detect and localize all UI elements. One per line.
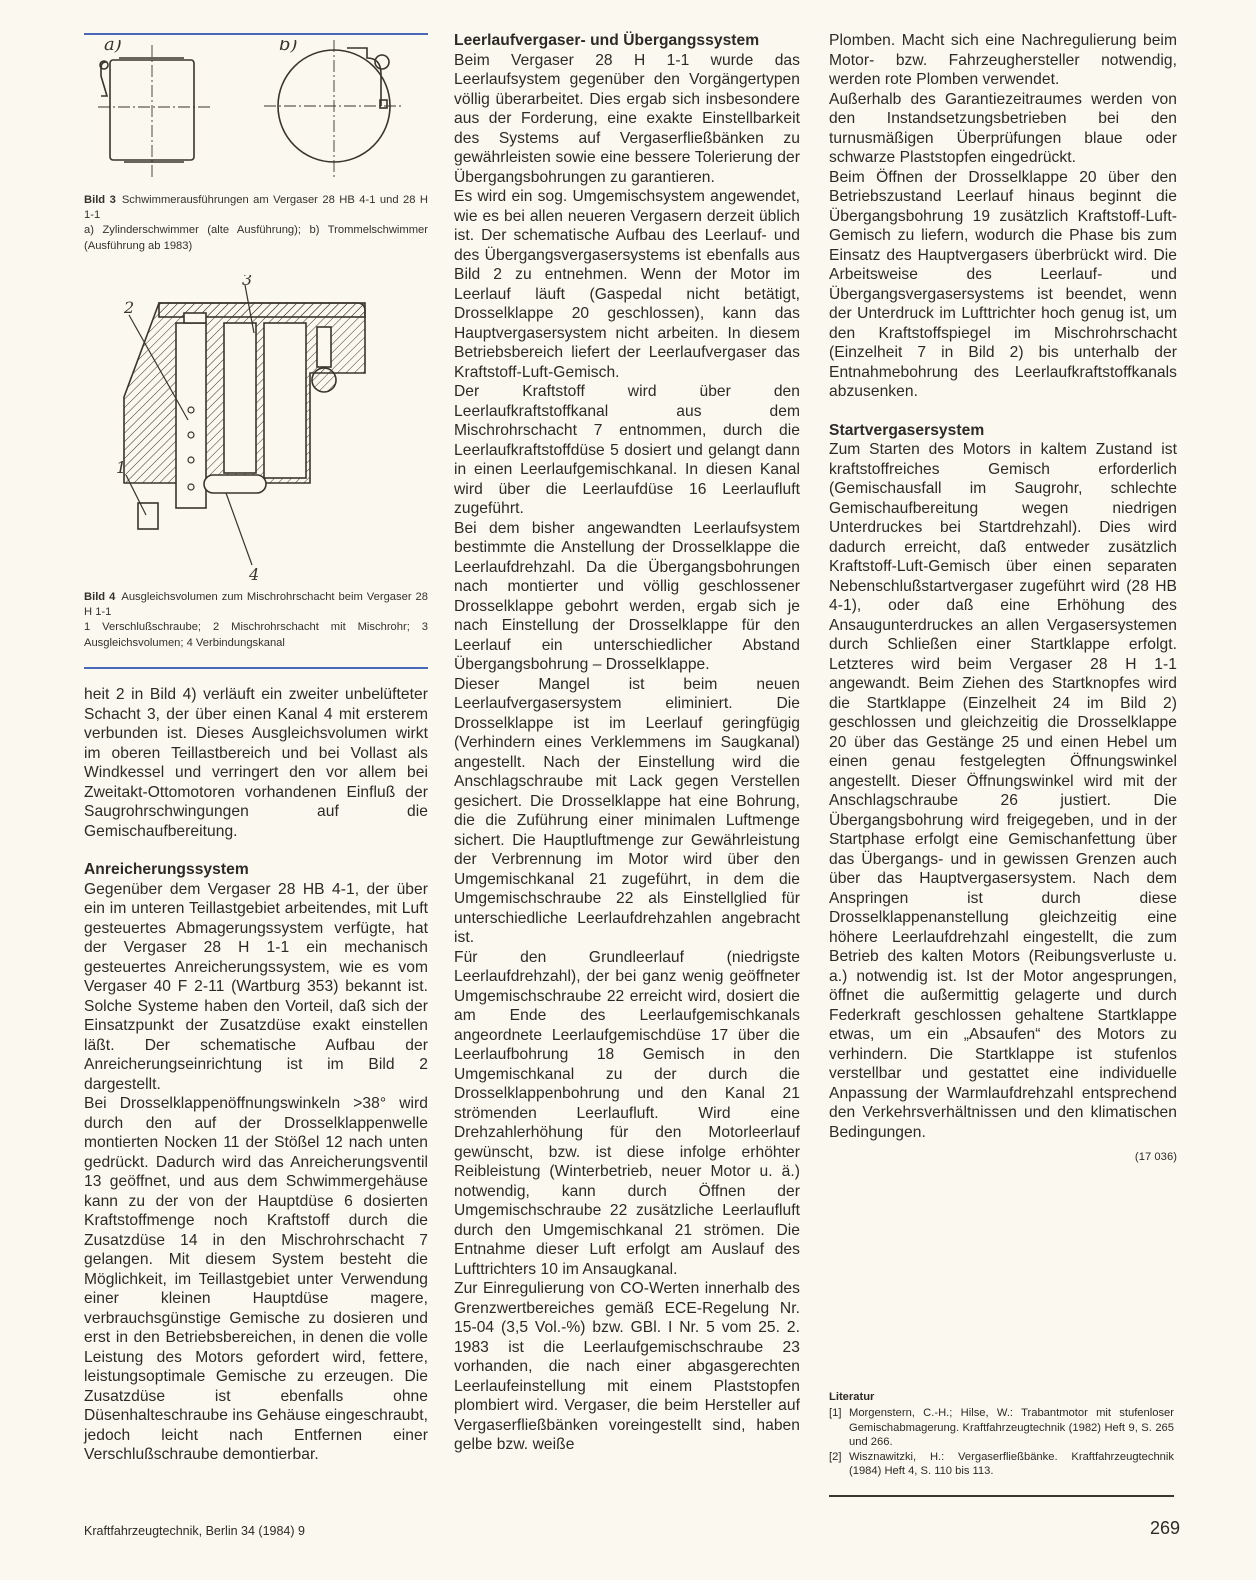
svg-text:b): b) (279, 40, 298, 55)
middle-column-text: Leerlaufvergaser- und Übergangssystem Be… (454, 31, 800, 1455)
literature-ref: [1] Morgenstern, C.-H.; Hilse, W.: Traba… (829, 1406, 1174, 1449)
float-diagram: a) b) (84, 40, 428, 190)
top-blue-rule (84, 33, 428, 35)
section-heading-leerlaufvergaser: Leerlaufvergaser- und Übergangssystem (454, 31, 800, 51)
caption-title: Bild 3 (84, 194, 116, 206)
paragraph: Es wird ein sog. Umgemischsystem angewen… (454, 187, 800, 382)
ref-number: [1] (829, 1406, 849, 1449)
figure-3-caption: Bild 3Schwimmerausführungen am Vergaser … (84, 193, 428, 254)
svg-text:a): a) (104, 40, 122, 55)
figure-bottom-blue-rule (84, 667, 428, 669)
figure-bild-3: a) b) (84, 40, 428, 190)
caption-text: Ausgleichsvolumen zum Mischrohrschacht b… (84, 591, 428, 618)
svg-text:2: 2 (123, 298, 134, 317)
paragraph: Bei Drosselklappenöffnungswinkeln >38° w… (84, 1094, 428, 1465)
paragraph: Beim Öffnen der Drosselklappe 20 über de… (829, 168, 1177, 402)
caption-detail: 1 Verschlußschraube; 2 Mischrohrschacht … (84, 620, 428, 650)
paragraph: heit 2 in Bild 4) verläuft ein zweiter u… (84, 685, 428, 841)
article-code: (17 036) (829, 1148, 1177, 1168)
svg-text:3: 3 (242, 275, 252, 289)
literature-section: Literatur [1] Morgenstern, C.-H.; Hilse,… (829, 1390, 1174, 1478)
caption-title: Bild 4 (84, 591, 115, 603)
ref-text: Wisznawitzki, H.: Vergaserfließbänke. Kr… (849, 1450, 1174, 1479)
left-column-text: heit 2 in Bild 4) verläuft ein zweiter u… (84, 685, 428, 1465)
right-column-text: Plomben. Macht sich eine Nachregulierung… (829, 31, 1177, 1168)
ref-number: [2] (829, 1450, 849, 1479)
paragraph: Dieser Mangel ist beim neuen Leerlaufver… (454, 675, 800, 948)
paragraph: Außerhalb des Garantiezeitraumes werden … (829, 90, 1177, 168)
ref-text: Morgenstern, C.-H.; Hilse, W.: Trabantmo… (849, 1406, 1174, 1449)
figure-4-caption: Bild 4Ausgleichsvolumen zum Mischrohrsch… (84, 590, 428, 651)
svg-text:1: 1 (116, 458, 126, 477)
paragraph: Gegenüber dem Vergaser 28 HB 4-1, der üb… (84, 880, 428, 1095)
page-number: 269 (1150, 1518, 1180, 1539)
caption-detail: a) Zylinderschwimmer (alte Ausführung); … (84, 223, 428, 253)
literature-ref: [2] Wisznawitzki, H.: Vergaserfließbänke… (829, 1450, 1174, 1479)
caption-text: Schwimmerausführungen am Vergaser 28 HB … (84, 194, 428, 221)
paragraph: Beim Vergaser 28 H 1-1 wurde das Leerlau… (454, 51, 800, 188)
section-heading-anreicherungssystem: Anreicherungssystem (84, 860, 428, 880)
paragraph: Bei dem bisher angewandten Leerlaufsyste… (454, 519, 800, 675)
paragraph: Plomben. Macht sich eine Nachregulierung… (829, 31, 1177, 90)
journal-footer: Kraftfahrzeugtechnik, Berlin 34 (1984) 9 (84, 1524, 305, 1538)
paragraph: Zur Einregulierung von CO-Werten innerha… (454, 1279, 800, 1455)
figure-bild-4: 2 3 1 4 (104, 275, 404, 585)
literature-bottom-rule (829, 1495, 1174, 1497)
literature-heading: Literatur (829, 1390, 1174, 1404)
section-heading-startvergasersystem: Startvergasersystem (829, 421, 1177, 441)
paragraph: Zum Starten des Motors in kaltem Zustand… (829, 440, 1177, 1142)
svg-text:4: 4 (248, 565, 259, 584)
paragraph: Der Kraftstoff wird über den Leerlaufkra… (454, 382, 800, 519)
paragraph: Für den Grundleerlauf (niedrigste Leerla… (454, 948, 800, 1280)
mixing-tube-shaft-diagram: 2 3 1 4 (104, 275, 404, 585)
